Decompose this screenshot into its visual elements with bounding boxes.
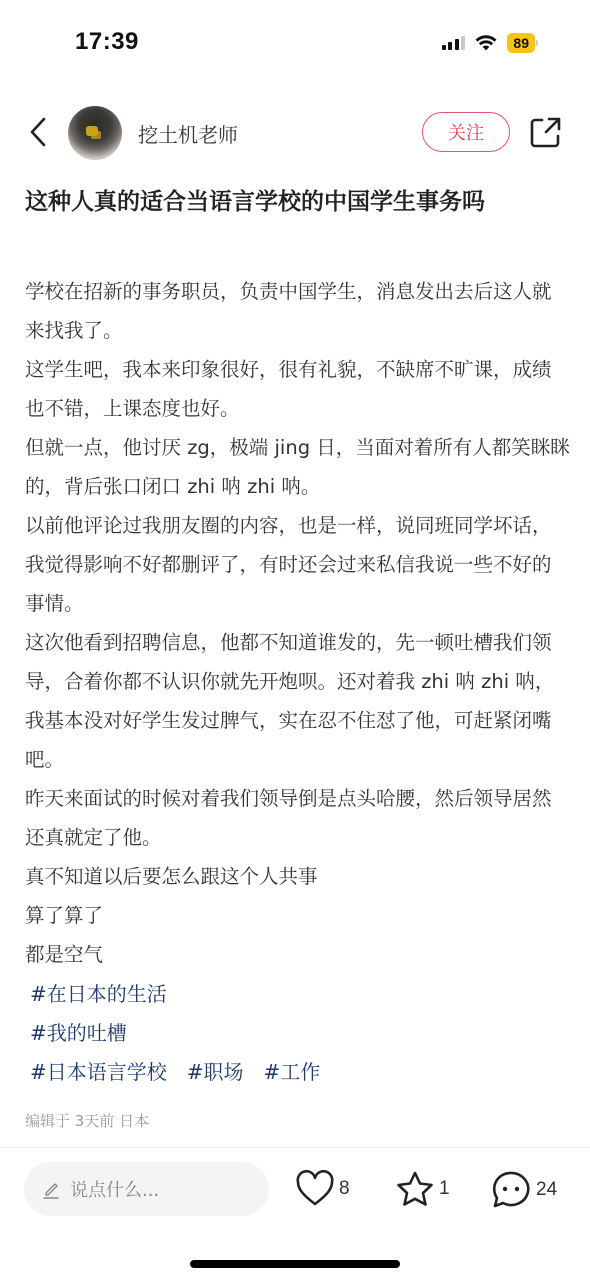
comment-count: 24 [536, 1179, 557, 1201]
status-time: 17:39 [75, 28, 139, 56]
favorite-button[interactable]: 1 [395, 1170, 450, 1208]
star-icon [395, 1170, 435, 1208]
home-indicator[interactable] [190, 1260, 400, 1268]
author-name[interactable]: 挖土机老师 [138, 119, 238, 148]
hashtag-link[interactable]: #日本语言学校 [30, 1053, 167, 1092]
post-body: 学校在招新的事务职员，负责中国学生，消息发出去后这人就来找我了。 这学生吧，我本… [25, 272, 570, 974]
hashtag-link[interactable]: #职场 [187, 1053, 244, 1092]
share-button[interactable] [528, 116, 564, 150]
hashtag-list: #在日本的生活 #我的吐槽 #日本语言学校 #职场 #工作 [30, 975, 570, 1092]
bottom-action-bar: 说点什么... 8 1 24 [0, 1162, 590, 1218]
like-count: 8 [339, 1178, 350, 1200]
post-paragraph: 但就一点，他讨厌 zg，极端 jing 日，当面对着所有人都笑眯眯的，背后张口闭… [25, 428, 570, 506]
post-paragraph: 以前他评论过我朋友圈的内容，也是一样，说同班同学坏话，我觉得影响不好都删评了，有… [25, 506, 570, 623]
battery-icon: 89 [507, 33, 538, 53]
status-icons: 89 [442, 33, 538, 53]
comment-placeholder: 说点什么... [70, 1176, 159, 1202]
battery-level: 89 [507, 33, 535, 53]
hashtag-link[interactable]: #在日本的生活 [30, 975, 167, 1014]
favorite-count: 1 [439, 1178, 450, 1200]
comment-input[interactable]: 说点什么... [24, 1162, 269, 1216]
post-paragraph: 这次他看到招聘信息，他都不知道谁发的，先一顿吐槽我们领导，合着你都不认识你就先开… [25, 623, 570, 779]
post-paragraph: 真不知道以后要怎么跟这个人共事 [25, 857, 570, 896]
share-external-icon [528, 116, 564, 150]
divider [0, 1147, 590, 1148]
post-header: 挖土机老师 关注 [0, 100, 590, 164]
post-paragraph: 算了算了 [25, 896, 570, 935]
author-avatar[interactable] [68, 106, 122, 160]
follow-button[interactable]: 关注 [422, 112, 510, 152]
status-bar: 17:39 89 [0, 0, 590, 90]
hashtag-link[interactable]: #工作 [264, 1053, 321, 1092]
wifi-icon [475, 35, 497, 51]
post-paragraph: 学校在招新的事务职员，负责中国学生，消息发出去后这人就来找我了。 [25, 272, 570, 350]
cellular-signal-icon [442, 36, 466, 50]
chat-bubble-icon [490, 1170, 532, 1210]
comment-button[interactable]: 24 [490, 1170, 557, 1210]
post-paragraph: 这学生吧，我本来印象很好，很有礼貌，不缺席不旷课，成绩也不错，上课态度也好。 [25, 350, 570, 428]
post-paragraph: 都是空气 [25, 935, 570, 974]
post-paragraph: 昨天来面试的时候对着我们领导倒是点头哈腰，然后领导居然还真就定了他。 [25, 779, 570, 857]
like-button[interactable]: 8 [295, 1170, 350, 1208]
chevron-left-icon [29, 116, 47, 148]
hashtag-link[interactable]: #我的吐槽 [30, 1014, 127, 1053]
pencil-icon [42, 1179, 62, 1199]
heart-icon [295, 1170, 335, 1208]
back-button[interactable] [24, 114, 52, 150]
post-title: 这种人真的适合当语言学校的中国学生事务吗 [25, 182, 565, 222]
post-meta: 编辑于 3天前 日本 [25, 1110, 149, 1131]
excavator-image [86, 126, 98, 136]
